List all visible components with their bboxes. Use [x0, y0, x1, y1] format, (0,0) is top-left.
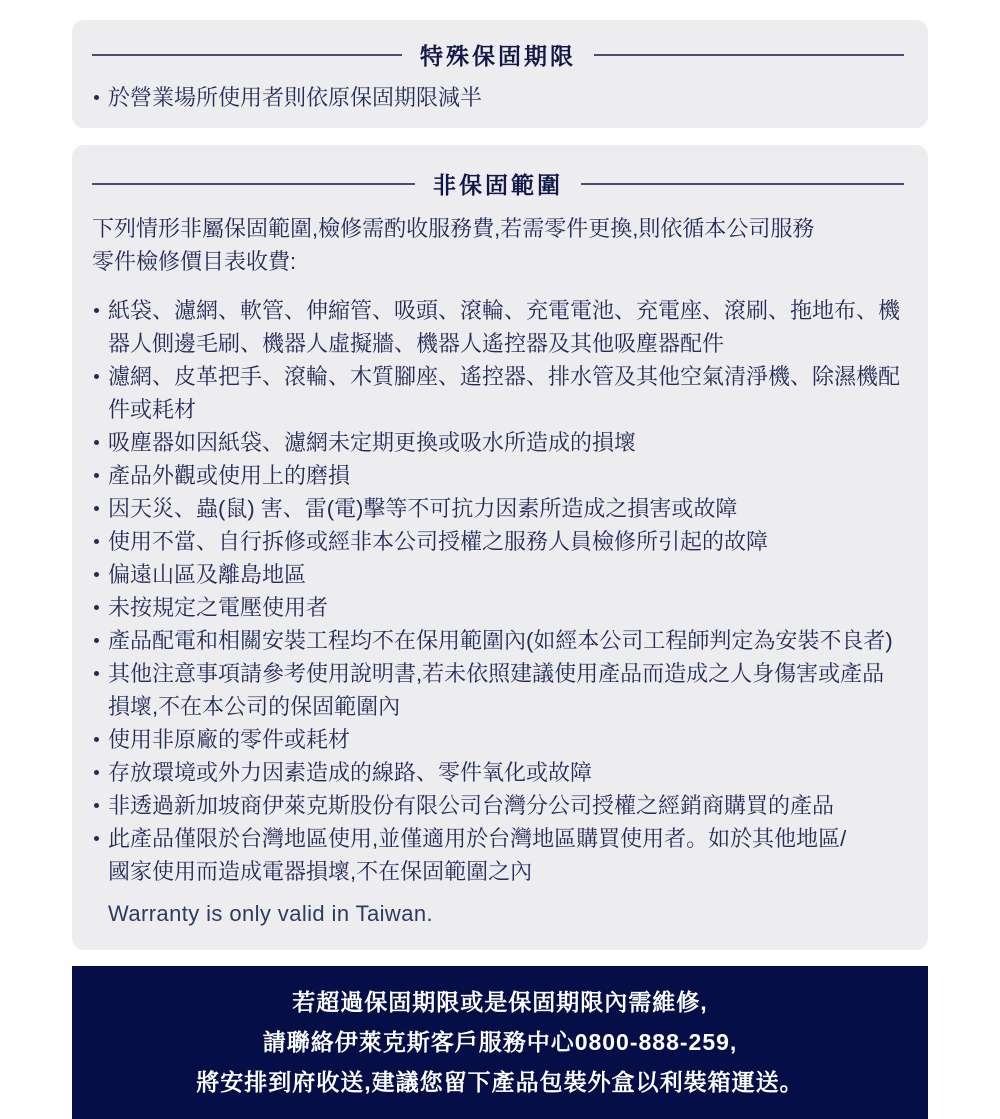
list-item-text: 產品配電和相關安裝工程均不在保用範圍內(如經本公司工程師判定為安裝不良者) [108, 624, 904, 657]
bullet-dot [92, 723, 108, 742]
bullet-dot [92, 624, 108, 643]
list-item-text: 使用不當、自行拆修或經非本公司授權之服務人員檢修所引起的故障 [108, 525, 904, 558]
list-item-text: 吸塵器如因紙袋、濾網未定期更換或吸水所造成的損壞 [108, 426, 904, 459]
bullet-dot [92, 360, 108, 379]
list-item-text: 產品外觀或使用上的磨損 [108, 459, 904, 492]
list-item: 於營業場所使用者則依原保固期限減半 [92, 81, 904, 114]
list-item-text: 未按規定之電壓使用者 [108, 591, 904, 624]
non-warranty-list: 紙袋、濾網、軟管、伸縮管、吸頭、滾輪、充電電池、充電座、滾刷、拖地布、機 器人側… [92, 294, 904, 888]
list-item: 未按規定之電壓使用者 [92, 591, 904, 624]
non-warranty-titlebar: 非保固範圍 [92, 167, 904, 200]
bullet-dot [92, 492, 108, 511]
special-warranty-titlebar: 特殊保固期限 [92, 38, 904, 71]
title-rule-right [581, 183, 904, 185]
list-item: 濾網、皮革把手、滾輪、木質腳座、遙控器、排水管及其他空氣清淨機、除濕機配 件或耗… [92, 360, 904, 426]
non-warranty-card: 非保固範圍 下列情形非屬保固範圍,檢修需酌收服務費,若需零件更換,則依循本公司服… [72, 145, 928, 950]
list-item: 因天災、蟲(鼠) 害、雷(電)擊等不可抗力因素所造成之損害或故障 [92, 492, 904, 525]
list-item: 存放環境或外力因素造成的線路、零件氧化或故障 [92, 756, 904, 789]
list-item-text: 其他注意事項請參考使用說明書,若未依照建議使用產品而造成之人身傷害或產品 損壞,… [108, 657, 904, 723]
title-rule-left [92, 183, 415, 185]
warranty-english-note: Warranty is only valid in Taiwan. [108, 897, 904, 930]
bullet-dot [92, 591, 108, 610]
bullet-dot [92, 789, 108, 808]
title-rule-right [594, 54, 904, 56]
list-item-text: 非透過新加坡商伊萊克斯股份有限公司台灣分公司授權之經銷商購買的產品 [108, 789, 904, 822]
bullet-dot [92, 459, 108, 478]
list-item: 其他注意事項請參考使用說明書,若未依照建議使用產品而造成之人身傷害或產品 損壞,… [92, 657, 904, 723]
service-contact-line: 若超過保固期限或是保固期限內需維修, [82, 982, 918, 1022]
service-contact-banner: 若超過保固期限或是保固期限內需維修, 請聯絡伊萊克斯客戶服務中心0800-888… [72, 966, 928, 1119]
list-item: 吸塵器如因紙袋、濾網未定期更換或吸水所造成的損壞 [92, 426, 904, 459]
non-warranty-title: 非保固範圍 [433, 167, 563, 200]
list-item: 產品配電和相關安裝工程均不在保用範圍內(如經本公司工程師判定為安裝不良者) [92, 624, 904, 657]
bullet-dot [92, 558, 108, 577]
list-item: 使用不當、自行拆修或經非本公司授權之服務人員檢修所引起的故障 [92, 525, 904, 558]
special-warranty-list: 於營業場所使用者則依原保固期限減半 [92, 81, 904, 114]
list-item-text: 因天災、蟲(鼠) 害、雷(電)擊等不可抗力因素所造成之損害或故障 [108, 492, 904, 525]
bullet-dot [92, 294, 108, 313]
list-item-text: 於營業場所使用者則依原保固期限減半 [108, 81, 904, 114]
special-warranty-card: 特殊保固期限 於營業場所使用者則依原保固期限減半 [72, 20, 928, 128]
service-pickup-line: 將安排到府收送,建議您留下產品包裝外盒以利裝箱運送。 [82, 1062, 918, 1102]
list-item: 產品外觀或使用上的磨損 [92, 459, 904, 492]
list-item-text: 偏遠山區及離島地區 [108, 558, 904, 591]
list-item: 使用非原廠的零件或耗材 [92, 723, 904, 756]
bullet-dot [92, 756, 108, 775]
list-item-text: 存放環境或外力因素造成的線路、零件氧化或故障 [108, 756, 904, 789]
bullet-dot [92, 657, 108, 676]
list-item-text: 使用非原廠的零件或耗材 [108, 723, 904, 756]
list-item: 偏遠山區及離島地區 [92, 558, 904, 591]
list-item-text: 此產品僅限於台灣地區使用,並僅適用於台灣地區購買使用者。如於其他地區/ 國家使用… [108, 822, 904, 888]
list-item-text: 紙袋、濾網、軟管、伸縮管、吸頭、滾輪、充電電池、充電座、滾刷、拖地布、機 器人側… [108, 294, 904, 360]
title-rule-left [92, 54, 402, 56]
special-warranty-title: 特殊保固期限 [420, 38, 576, 71]
bullet-dot [92, 822, 108, 841]
bullet-dot [92, 81, 108, 100]
list-item: 非透過新加坡商伊萊克斯股份有限公司台灣分公司授權之經銷商購買的產品 [92, 789, 904, 822]
bullet-dot [92, 426, 108, 445]
list-item-text: 濾網、皮革把手、滾輪、木質腳座、遙控器、排水管及其他空氣清淨機、除濕機配 件或耗… [108, 360, 904, 426]
non-warranty-intro: 下列情形非屬保固範圍,檢修需酌收服務費,若需零件更換,則依循本公司服務 零件檢修… [92, 212, 904, 278]
list-item: 此產品僅限於台灣地區使用,並僅適用於台灣地區購買使用者。如於其他地區/ 國家使用… [92, 822, 904, 888]
list-item: 紙袋、濾網、軟管、伸縮管、吸頭、滾輪、充電電池、充電座、滾刷、拖地布、機 器人側… [92, 294, 904, 360]
service-hotline-line: 請聯絡伊萊克斯客戶服務中心0800-888-259, [82, 1022, 918, 1062]
bullet-dot [92, 525, 108, 544]
